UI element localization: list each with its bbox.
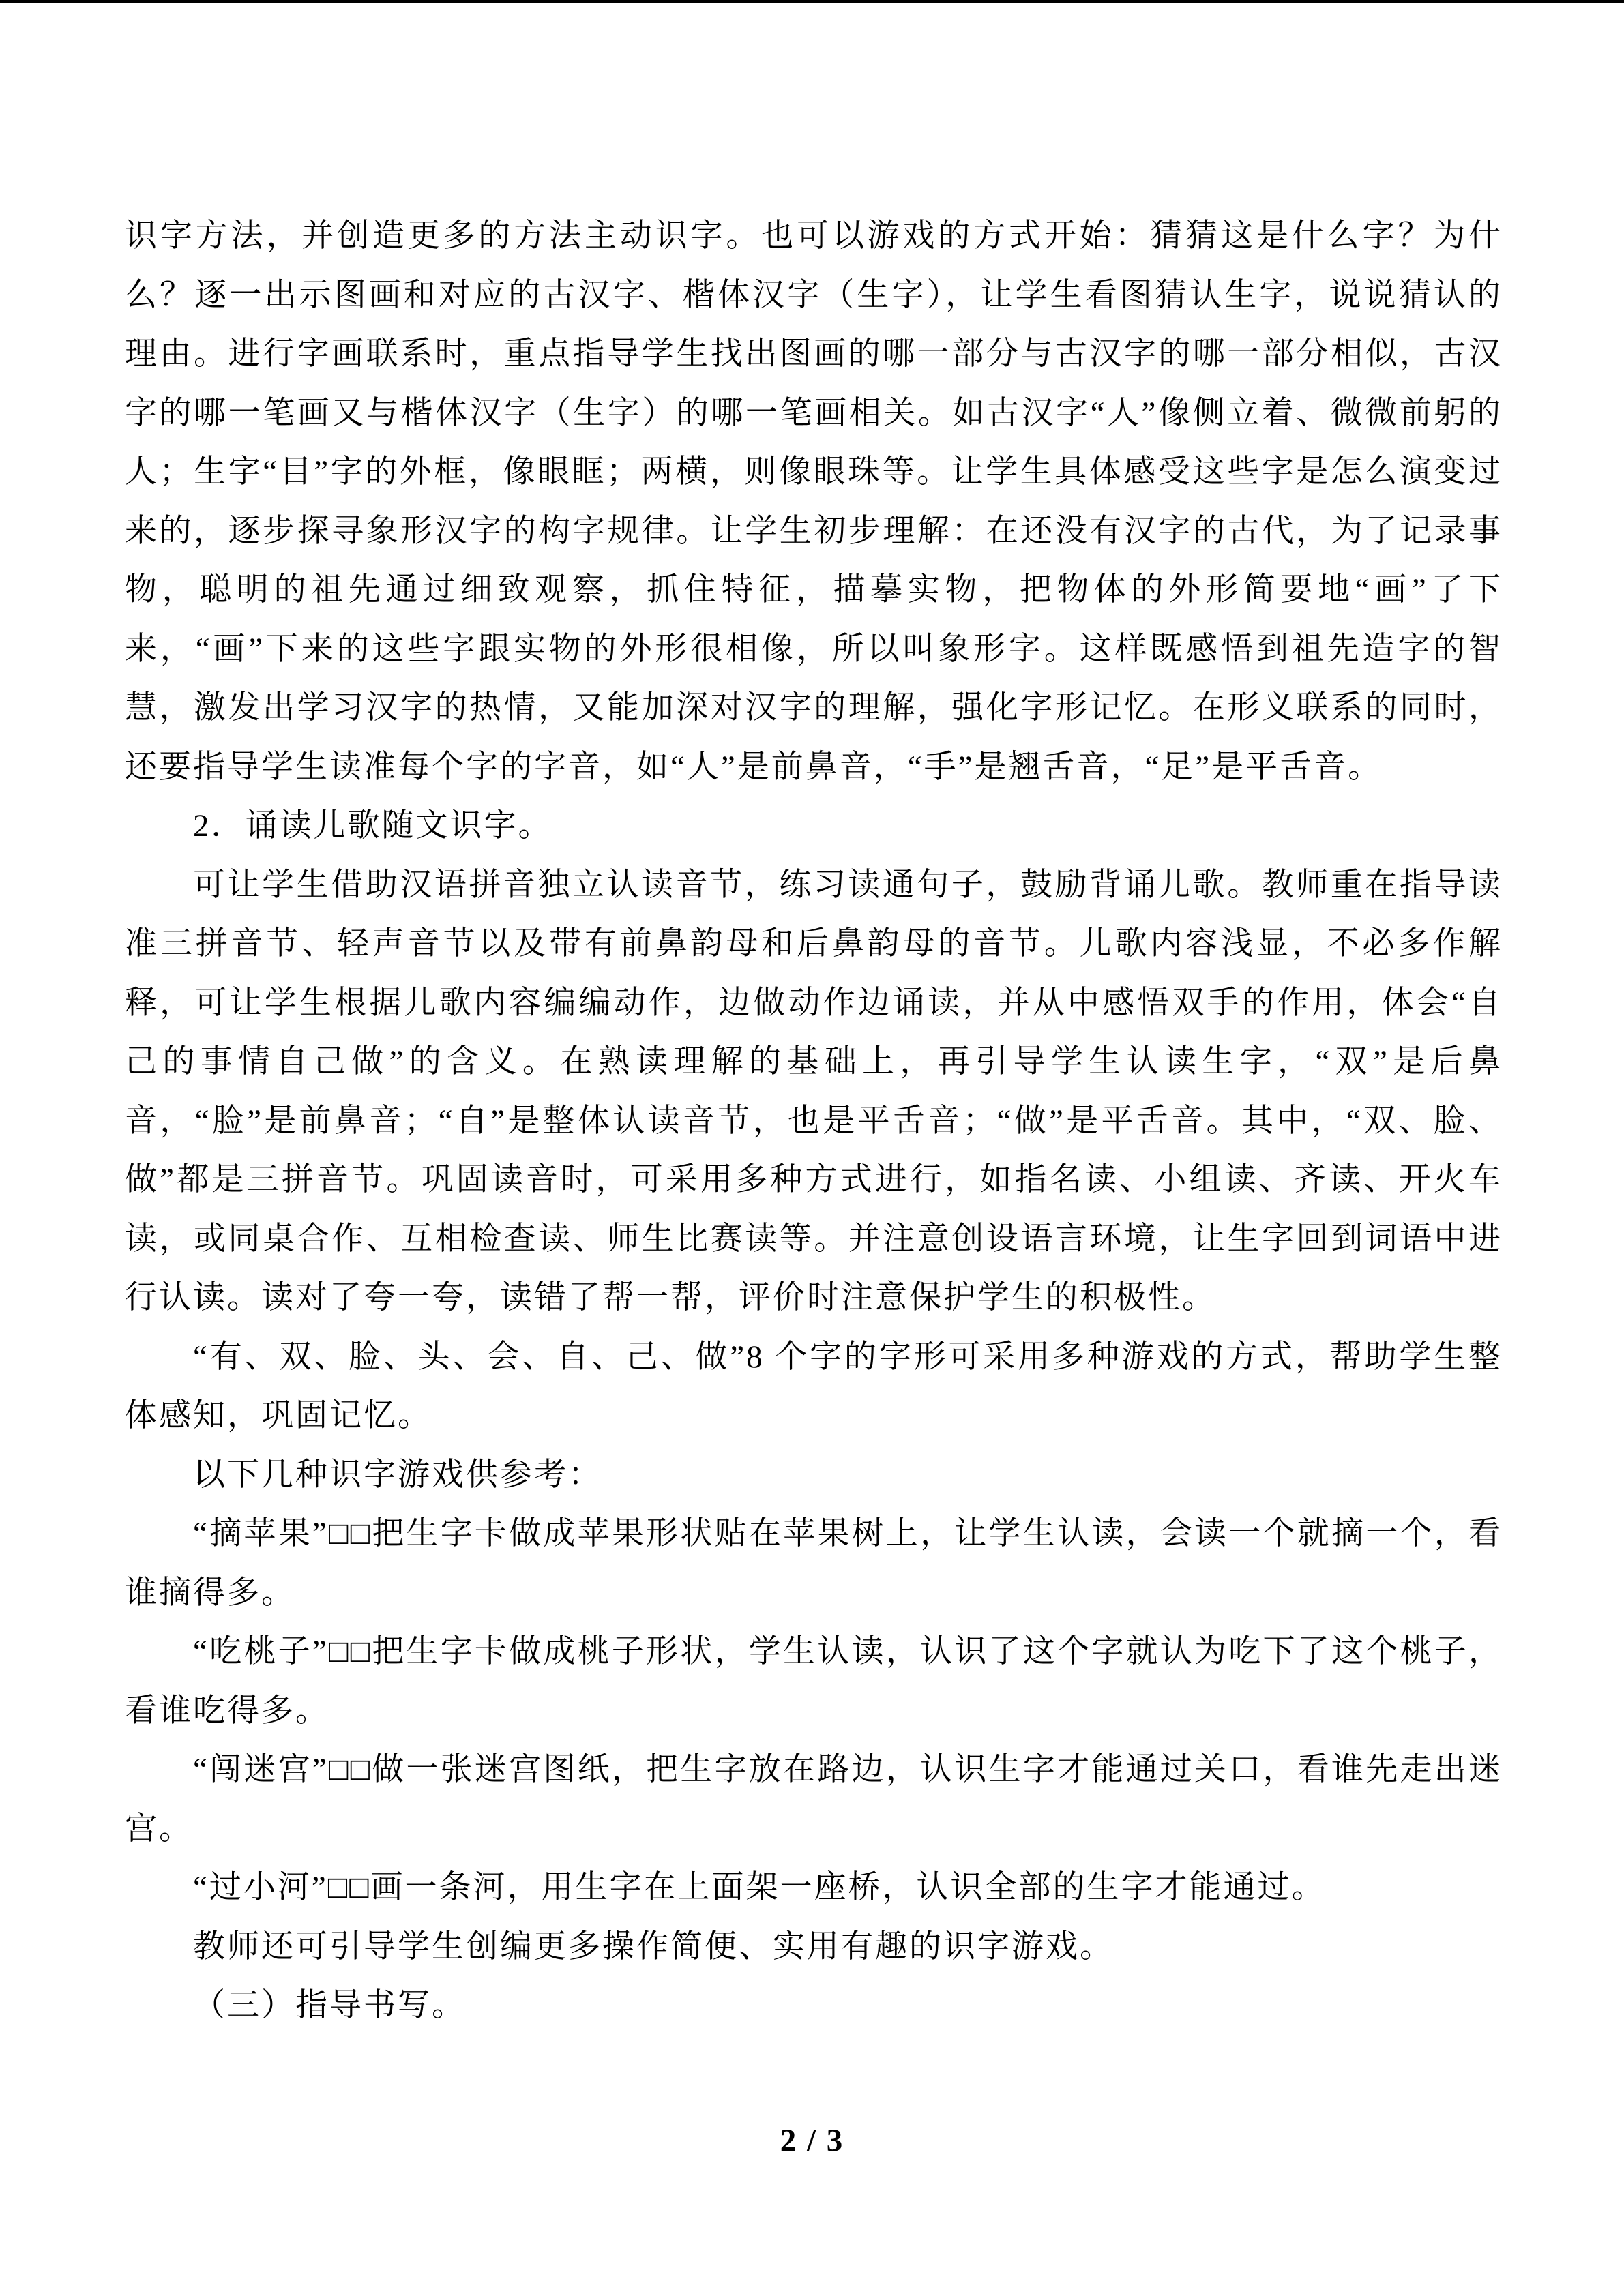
paragraph: 可让学生借助汉语拼音独立认读音节，练习读通句子，鼓励背诵儿歌。教师重在指导读准三… (125, 856, 1503, 1328)
document-body: 识字方法，并创造更多的方法主动识字。也可以游戏的方式开始：猜猜这是什么字？为什么… (125, 207, 1503, 2036)
paragraph: 2．诵读儿歌随文识字。 (125, 796, 1503, 856)
paragraph: 以下几种识字游戏供参考： (125, 1446, 1503, 1505)
paragraph: “过小河”□□画一条河，用生字在上面架一座桥，认识全部的生字才能通过。 (125, 1858, 1503, 1918)
paragraph: “吃桃子”□□把生字卡做成桃子形状，学生认读，认识了这个字就认为吃下了这个桃子，… (125, 1622, 1503, 1740)
paragraph: （三）指导书写。 (125, 1976, 1503, 2036)
paragraph: “有、双、脸、头、会、自、己、做”8 个字的字形可采用多种游戏的方式，帮助学生整… (125, 1328, 1503, 1446)
page-top-border (0, 0, 1624, 3)
document-page: 识字方法，并创造更多的方法主动识字。也可以游戏的方式开始：猜猜这是什么字？为什么… (0, 0, 1624, 2296)
paragraph: 教师还可引导学生创编更多操作简便、实用有趣的识字游戏。 (125, 1918, 1503, 1977)
page-footer: 2 / 3 (0, 2122, 1624, 2159)
paragraph: 识字方法，并创造更多的方法主动识字。也可以游戏的方式开始：猜猜这是什么字？为什么… (125, 207, 1503, 796)
paragraph: “闯迷宫”□□做一张迷宫图纸，把生字放在路边，认识生字才能通过关口，看谁先走出迷… (125, 1740, 1503, 1858)
paragraph: “摘苹果”□□把生字卡做成苹果形状贴在苹果树上，让学生认读，会读一个就摘一个，看… (125, 1504, 1503, 1622)
page-number: 2 / 3 (780, 2123, 844, 2158)
